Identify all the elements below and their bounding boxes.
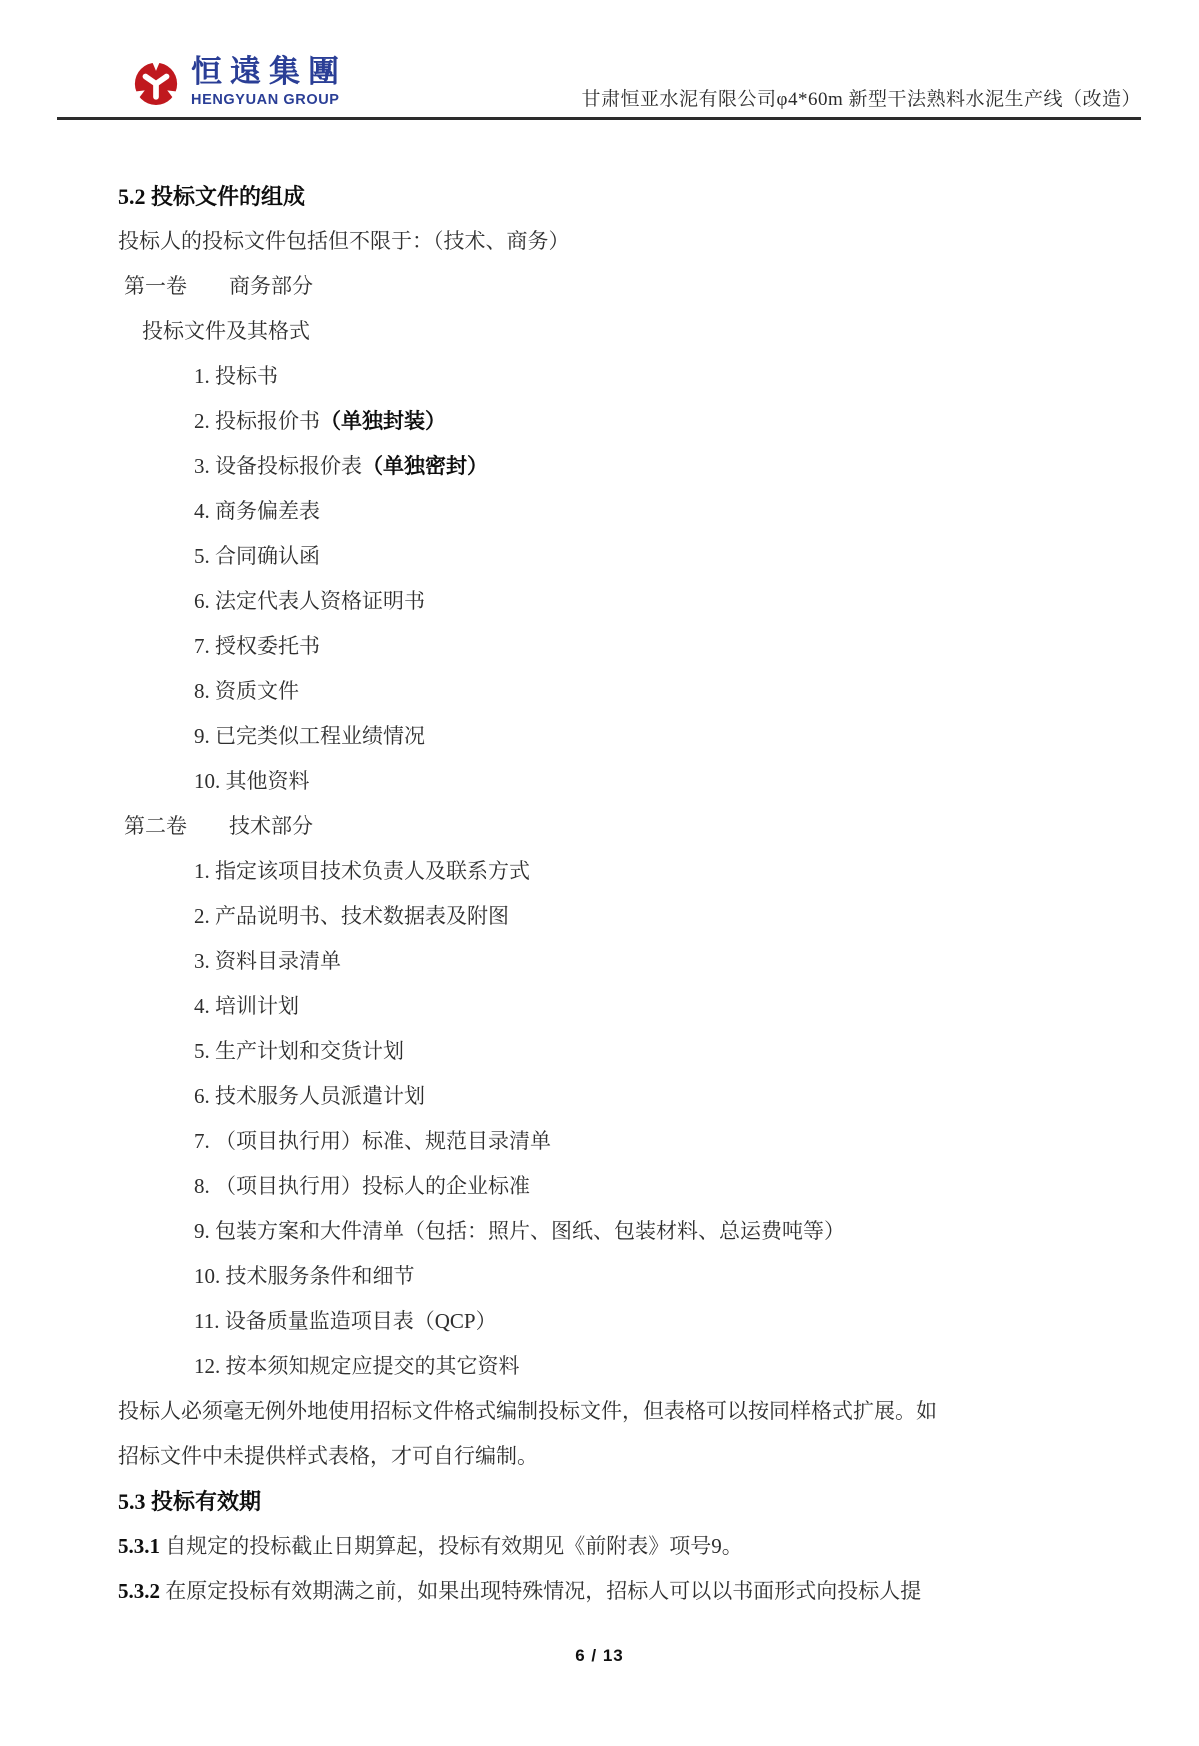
text-segment: 4. 培训计划 — [194, 994, 299, 1018]
text-segment: 2. 投标报价书 — [194, 409, 320, 433]
document-body: 5.2 投标文件的组成投标人的投标文件包括但不限于：（技术、商务）第一卷 商务部… — [118, 174, 1148, 1614]
text-segment: 7. （项目执行用）标准、规范目录清单 — [194, 1129, 551, 1153]
header-divider — [57, 117, 1141, 120]
text-segment: 5. 合同确认函 — [194, 544, 320, 568]
doc-line-item: 12. 按本须知规定应提交的其它资料 — [118, 1344, 1148, 1389]
doc-line-item: 9. 已完类似工程业绩情况 — [118, 714, 1148, 759]
doc-line-vol: 第一卷 商务部分 — [118, 264, 1148, 309]
doc-line-para: 投标人的投标文件包括但不限于：（技术、商务） — [118, 219, 1148, 264]
text-segment: 9. 包装方案和大件清单（包括：照片、图纸、包装材料、总运费吨等） — [194, 1219, 845, 1243]
text-segment: 投标人的投标文件包括但不限于：（技术、商务） — [118, 229, 570, 253]
doc-line-item: 9. 包装方案和大件清单（包括：照片、图纸、包装材料、总运费吨等） — [118, 1209, 1148, 1254]
page-footer: 6 / 13 — [0, 1646, 1199, 1666]
doc-line-item: 11. 设备质量监造项目表（QCP） — [118, 1299, 1148, 1344]
text-segment: 投标人必须毫无例外地使用招标文件格式编制投标文件，但表格可以按同样格式扩展。如 — [118, 1399, 937, 1423]
doc-line-item: 4. 商务偏差表 — [118, 489, 1148, 534]
document-page: 恒遠集團 HENGYUAN GROUP 甘肃恒亚水泥有限公司φ4*60m 新型干… — [0, 0, 1199, 1746]
text-segment: 招标文件中未提供样式表格，才可自行编制。 — [118, 1444, 538, 1468]
doc-line-item: 5. 合同确认函 — [118, 534, 1148, 579]
company-logo: 恒遠集團 HENGYUAN GROUP — [130, 56, 347, 110]
doc-line-item: 4. 培训计划 — [118, 984, 1148, 1029]
doc-line-vol: 第二卷 技术部分 — [118, 804, 1148, 849]
text-segment: （单独封装） — [320, 409, 446, 433]
doc-line-item: 8. 资质文件 — [118, 669, 1148, 714]
doc-line-item: 2. 产品说明书、技术数据表及附图 — [118, 894, 1148, 939]
text-segment: 5.3.2 — [118, 1579, 165, 1603]
doc-line-item: 7. 授权委托书 — [118, 624, 1148, 669]
logo-chinese-name: 恒遠集團 — [191, 56, 347, 89]
logo-text: 恒遠集團 HENGYUAN GROUP — [191, 56, 347, 108]
doc-line-heading: 5.3 投标有效期 — [118, 1479, 1148, 1524]
text-segment: 10. 其他资料 — [194, 769, 310, 793]
hengyuan-emblem-icon — [130, 56, 182, 110]
text-segment: 6. 技术服务人员派遣计划 — [194, 1084, 425, 1108]
doc-line-item: 1. 指定该项目技术负责人及联系方式 — [118, 849, 1148, 894]
doc-line-clause: 5.3.2 在原定投标有效期满之前，如果出现特殊情况，招标人可以以书面形式向投标… — [118, 1569, 1148, 1614]
text-segment: 在原定投标有效期满之前，如果出现特殊情况，招标人可以以书面形式向投标人提 — [165, 1579, 921, 1603]
doc-line-item: 7. （项目执行用）标准、规范目录清单 — [118, 1119, 1148, 1164]
doc-line-item: 3. 资料目录清单 — [118, 939, 1148, 984]
doc-line-item: 6. 技术服务人员派遣计划 — [118, 1074, 1148, 1119]
logo-english-name: HENGYUAN GROUP — [191, 92, 347, 108]
doc-line-clause: 5.3.1 自规定的投标截止日期算起，投标有效期见《前附表》项号9。 — [118, 1524, 1148, 1569]
text-segment: 第二卷 技术部分 — [124, 814, 313, 838]
text-segment: 自规定的投标截止日期算起，投标有效期见《前附表》项号9。 — [165, 1534, 743, 1558]
text-segment: 3. 资料目录清单 — [194, 949, 341, 973]
text-segment: 12. 按本须知规定应提交的其它资料 — [194, 1354, 520, 1378]
text-segment: 2. 产品说明书、技术数据表及附图 — [194, 904, 509, 928]
doc-line-sub: 投标文件及其格式 — [118, 309, 1148, 354]
doc-line-item: 10. 其他资料 — [118, 759, 1148, 804]
text-segment: 6. 法定代表人资格证明书 — [194, 589, 425, 613]
text-segment: 投标文件及其格式 — [142, 319, 310, 343]
text-segment: 8. 资质文件 — [194, 679, 299, 703]
text-segment: 5. 生产计划和交货计划 — [194, 1039, 404, 1063]
doc-line-para: 招标文件中未提供样式表格，才可自行编制。 — [118, 1434, 1148, 1479]
text-segment: 10. 技术服务条件和细节 — [194, 1264, 415, 1288]
doc-line-item: 1. 投标书 — [118, 354, 1148, 399]
text-segment: 4. 商务偏差表 — [194, 499, 320, 523]
doc-line-item: 10. 技术服务条件和细节 — [118, 1254, 1148, 1299]
text-segment: 7. 授权委托书 — [194, 634, 320, 658]
doc-line-para: 投标人必须毫无例外地使用招标文件格式编制投标文件，但表格可以按同样格式扩展。如 — [118, 1389, 1148, 1434]
text-segment: （单独密封） — [362, 454, 488, 478]
doc-line-item: 2. 投标报价书（单独封装） — [118, 399, 1148, 444]
text-segment: 8. （项目执行用）投标人的企业标准 — [194, 1174, 530, 1198]
text-segment: 5.3 投标有效期 — [118, 1489, 261, 1514]
doc-line-item: 5. 生产计划和交货计划 — [118, 1029, 1148, 1074]
doc-line-heading: 5.2 投标文件的组成 — [118, 174, 1148, 219]
text-segment: 9. 已完类似工程业绩情况 — [194, 724, 425, 748]
page-number: 6 / 13 — [575, 1646, 624, 1665]
doc-line-item: 6. 法定代表人资格证明书 — [118, 579, 1148, 624]
project-title: 甘肃恒亚水泥有限公司φ4*60m 新型干法熟料水泥生产线（改造） — [582, 84, 1142, 111]
text-segment: 1. 指定该项目技术负责人及联系方式 — [194, 859, 530, 883]
text-segment: 第一卷 商务部分 — [124, 274, 313, 298]
doc-line-item: 3. 设备投标报价表（单独密封） — [118, 444, 1148, 489]
doc-line-item: 8. （项目执行用）投标人的企业标准 — [118, 1164, 1148, 1209]
text-segment: 1. 投标书 — [194, 364, 278, 388]
text-segment: 5.3.1 — [118, 1534, 165, 1558]
text-segment: 3. 设备投标报价表 — [194, 454, 362, 478]
text-segment: 5.2 投标文件的组成 — [118, 184, 305, 209]
text-segment: 11. 设备质量监造项目表（QCP） — [194, 1309, 497, 1333]
